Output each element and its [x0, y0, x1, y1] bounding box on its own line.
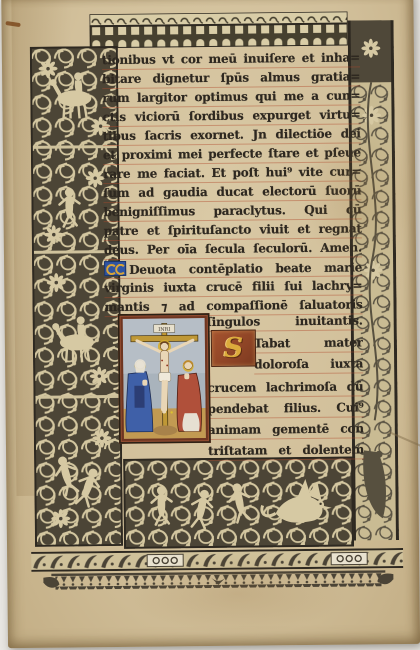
- text-line: pendebat filius. Cui⁹: [208, 399, 364, 419]
- text-line: rum largitor optimus qui me a cun=: [102, 87, 360, 108]
- text-line-with-paraph: Deuota contēplatio beate marie: [104, 258, 362, 279]
- manuscript-leaf: tionibus vt cor meū inuiſere et inha= bi…: [1, 0, 420, 648]
- text-line: deus. Per oīa ſecula ſeculorū. Amen.: [104, 239, 362, 260]
- text-line: triſtatam et dolentem: [208, 441, 364, 461]
- text-line: bitare dignetur ſpūs almus gratia=: [102, 68, 360, 89]
- text-line: tibus ſacris exornet. Jn dilectiōe dei: [103, 125, 361, 146]
- titulus-text: INRI: [158, 327, 170, 333]
- text-line: rare me faciat. Et poſt hui⁹ vite cur=: [103, 163, 361, 184]
- illuminated-initial: S: [211, 330, 256, 367]
- text-line: Tabat mater: [254, 334, 363, 353]
- text-line: animam gementē con: [208, 420, 364, 440]
- text-line: ctis viciorū ſordibus expurget virtu=: [102, 106, 360, 127]
- paraph-mark: [104, 261, 126, 276]
- text-line: tionibus vt cor meū inuiſere et inha=: [102, 49, 360, 70]
- text-line: benigniſſimus paraclytus. Qui cū: [103, 201, 361, 222]
- titulus-plaque: INRI: [154, 324, 175, 333]
- crucifixion-miniature: INRI: [118, 313, 211, 444]
- text-line: patre et ſpirituſancto viuit et regnat: [104, 220, 362, 241]
- text-line: Deuota contēplatio beate marie: [129, 260, 362, 276]
- text-line: ſum ad gaudia ducat electorū ſuorū: [103, 182, 361, 203]
- initial-letter: S: [224, 335, 244, 362]
- text-line: doloroſa iuxta: [254, 355, 363, 374]
- text-line: virginis iuxta crucē filii ſui lachry=: [104, 277, 362, 298]
- text-block: tionibus vt cor meū inuiſere et inha= bi…: [1, 0, 420, 648]
- photo-backdrop: tionibus vt cor meū inuiſere et inha= bi…: [0, 0, 420, 650]
- text-line: crucem lachrimoſa dū: [207, 378, 363, 398]
- text-line: et proximi mei perfecte ſtare et pſeue: [103, 144, 361, 165]
